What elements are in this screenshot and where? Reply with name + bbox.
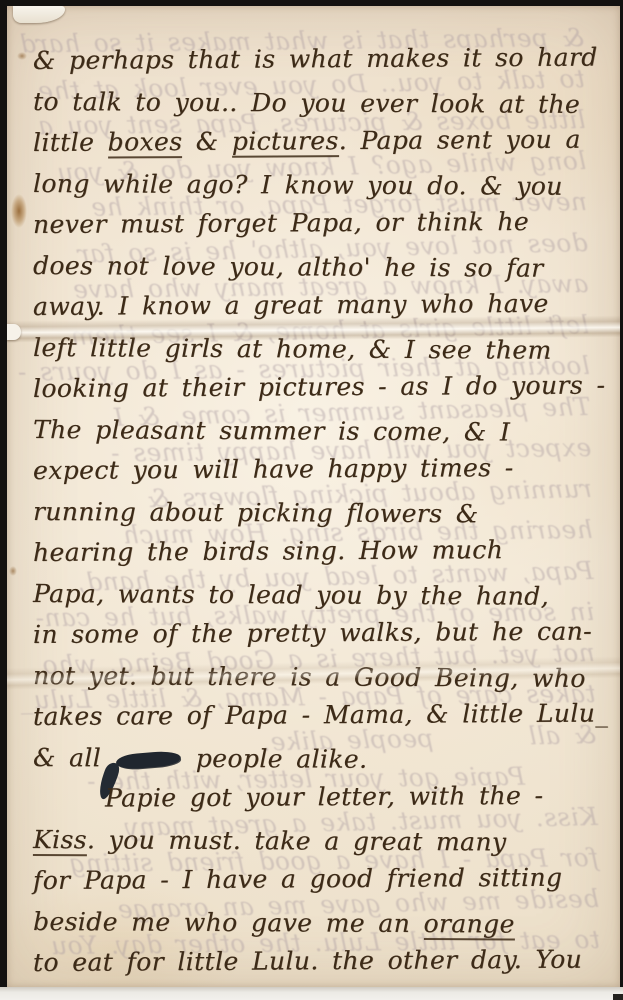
- letter-line: & perhaps that is what makes it so hard: [33, 37, 604, 81]
- letter-text: & perhaps that is what makes it so hard: [33, 43, 598, 75]
- letter-line: to eat for little Lulu. the other day. Y…: [33, 939, 604, 983]
- letter-text: little: [33, 128, 108, 157]
- letter-text: never must forget Papa, or think he: [33, 207, 529, 239]
- letter-text: people alike.: [182, 744, 367, 774]
- letter-text: & all: [33, 743, 115, 772]
- paper-sheet: & perhaps that is what makes it so hardt…: [7, 6, 620, 987]
- letter-text: expect you will have happy times -: [33, 453, 514, 485]
- letter-text: in some of the pretty walks, but he can-: [33, 617, 592, 649]
- letter-text: looking at their pictures - as I do your…: [33, 371, 605, 403]
- letter-line: looking at their pictures - as I do your…: [33, 365, 604, 409]
- letter-text: hearing the birds sing. How much: [33, 535, 503, 567]
- ink-blot: [116, 750, 181, 770]
- underlined-word: boxes: [108, 127, 183, 158]
- letter-line: in some of the pretty walks, but he can-: [33, 611, 604, 655]
- letter-text: Papa, wants to lead you by the hand,: [33, 579, 549, 611]
- letter-text: beside me who gave me an: [33, 907, 424, 938]
- letter-line: little boxes & pictures. Papa sent you a: [33, 119, 604, 163]
- letter-text: takes care of Papa - Mama, & little Lulu…: [33, 698, 608, 731]
- letter-text: Papie got your letter, with the -: [105, 781, 544, 813]
- letter-text: long while ago? I know you do. & you: [33, 169, 563, 201]
- letter-text: for Papa - I have a good friend sitting: [33, 863, 562, 895]
- letter-text: to eat for little Lulu. the other day. Y…: [33, 945, 582, 977]
- letter-text: does not love you, altho' he is so far: [33, 251, 544, 283]
- letter-text: &: [182, 127, 232, 156]
- letter-text: . you must. take a great many: [87, 825, 507, 856]
- underlined-word: Kiss: [33, 825, 87, 856]
- letter-text: running about picking flowers &: [33, 497, 479, 528]
- edge-stain: [11, 194, 27, 228]
- letter-text: The pleasant summer is come, & I: [33, 415, 510, 446]
- torn-corner: [13, 6, 65, 23]
- letter-line: Papie got your letter, with the -: [33, 775, 604, 819]
- left-edge-crease-notch: [7, 324, 21, 340]
- paper-speck: [9, 566, 17, 576]
- letter-text: to talk to you.. Do you ever look at the: [33, 87, 580, 119]
- scan-bottom-strip: [0, 987, 623, 1000]
- letter-line: takes care of Papa - Mama, & little Lulu…: [33, 693, 604, 737]
- underlined-word: pictures: [232, 126, 339, 158]
- letter-lines: & perhaps that is what makes it so hardt…: [33, 40, 604, 983]
- letter-line: hearing the birds sing. How much: [33, 529, 604, 573]
- letter-line: never must forget Papa, or think he: [33, 201, 604, 245]
- paper-speck: [17, 52, 27, 60]
- letter-line: for Papa - I have a good friend sitting: [33, 857, 604, 901]
- underlined-word: orange: [423, 909, 514, 940]
- letter-text: . Papa sent you a: [339, 125, 581, 155]
- letter-line: expect you will have happy times -: [33, 447, 604, 491]
